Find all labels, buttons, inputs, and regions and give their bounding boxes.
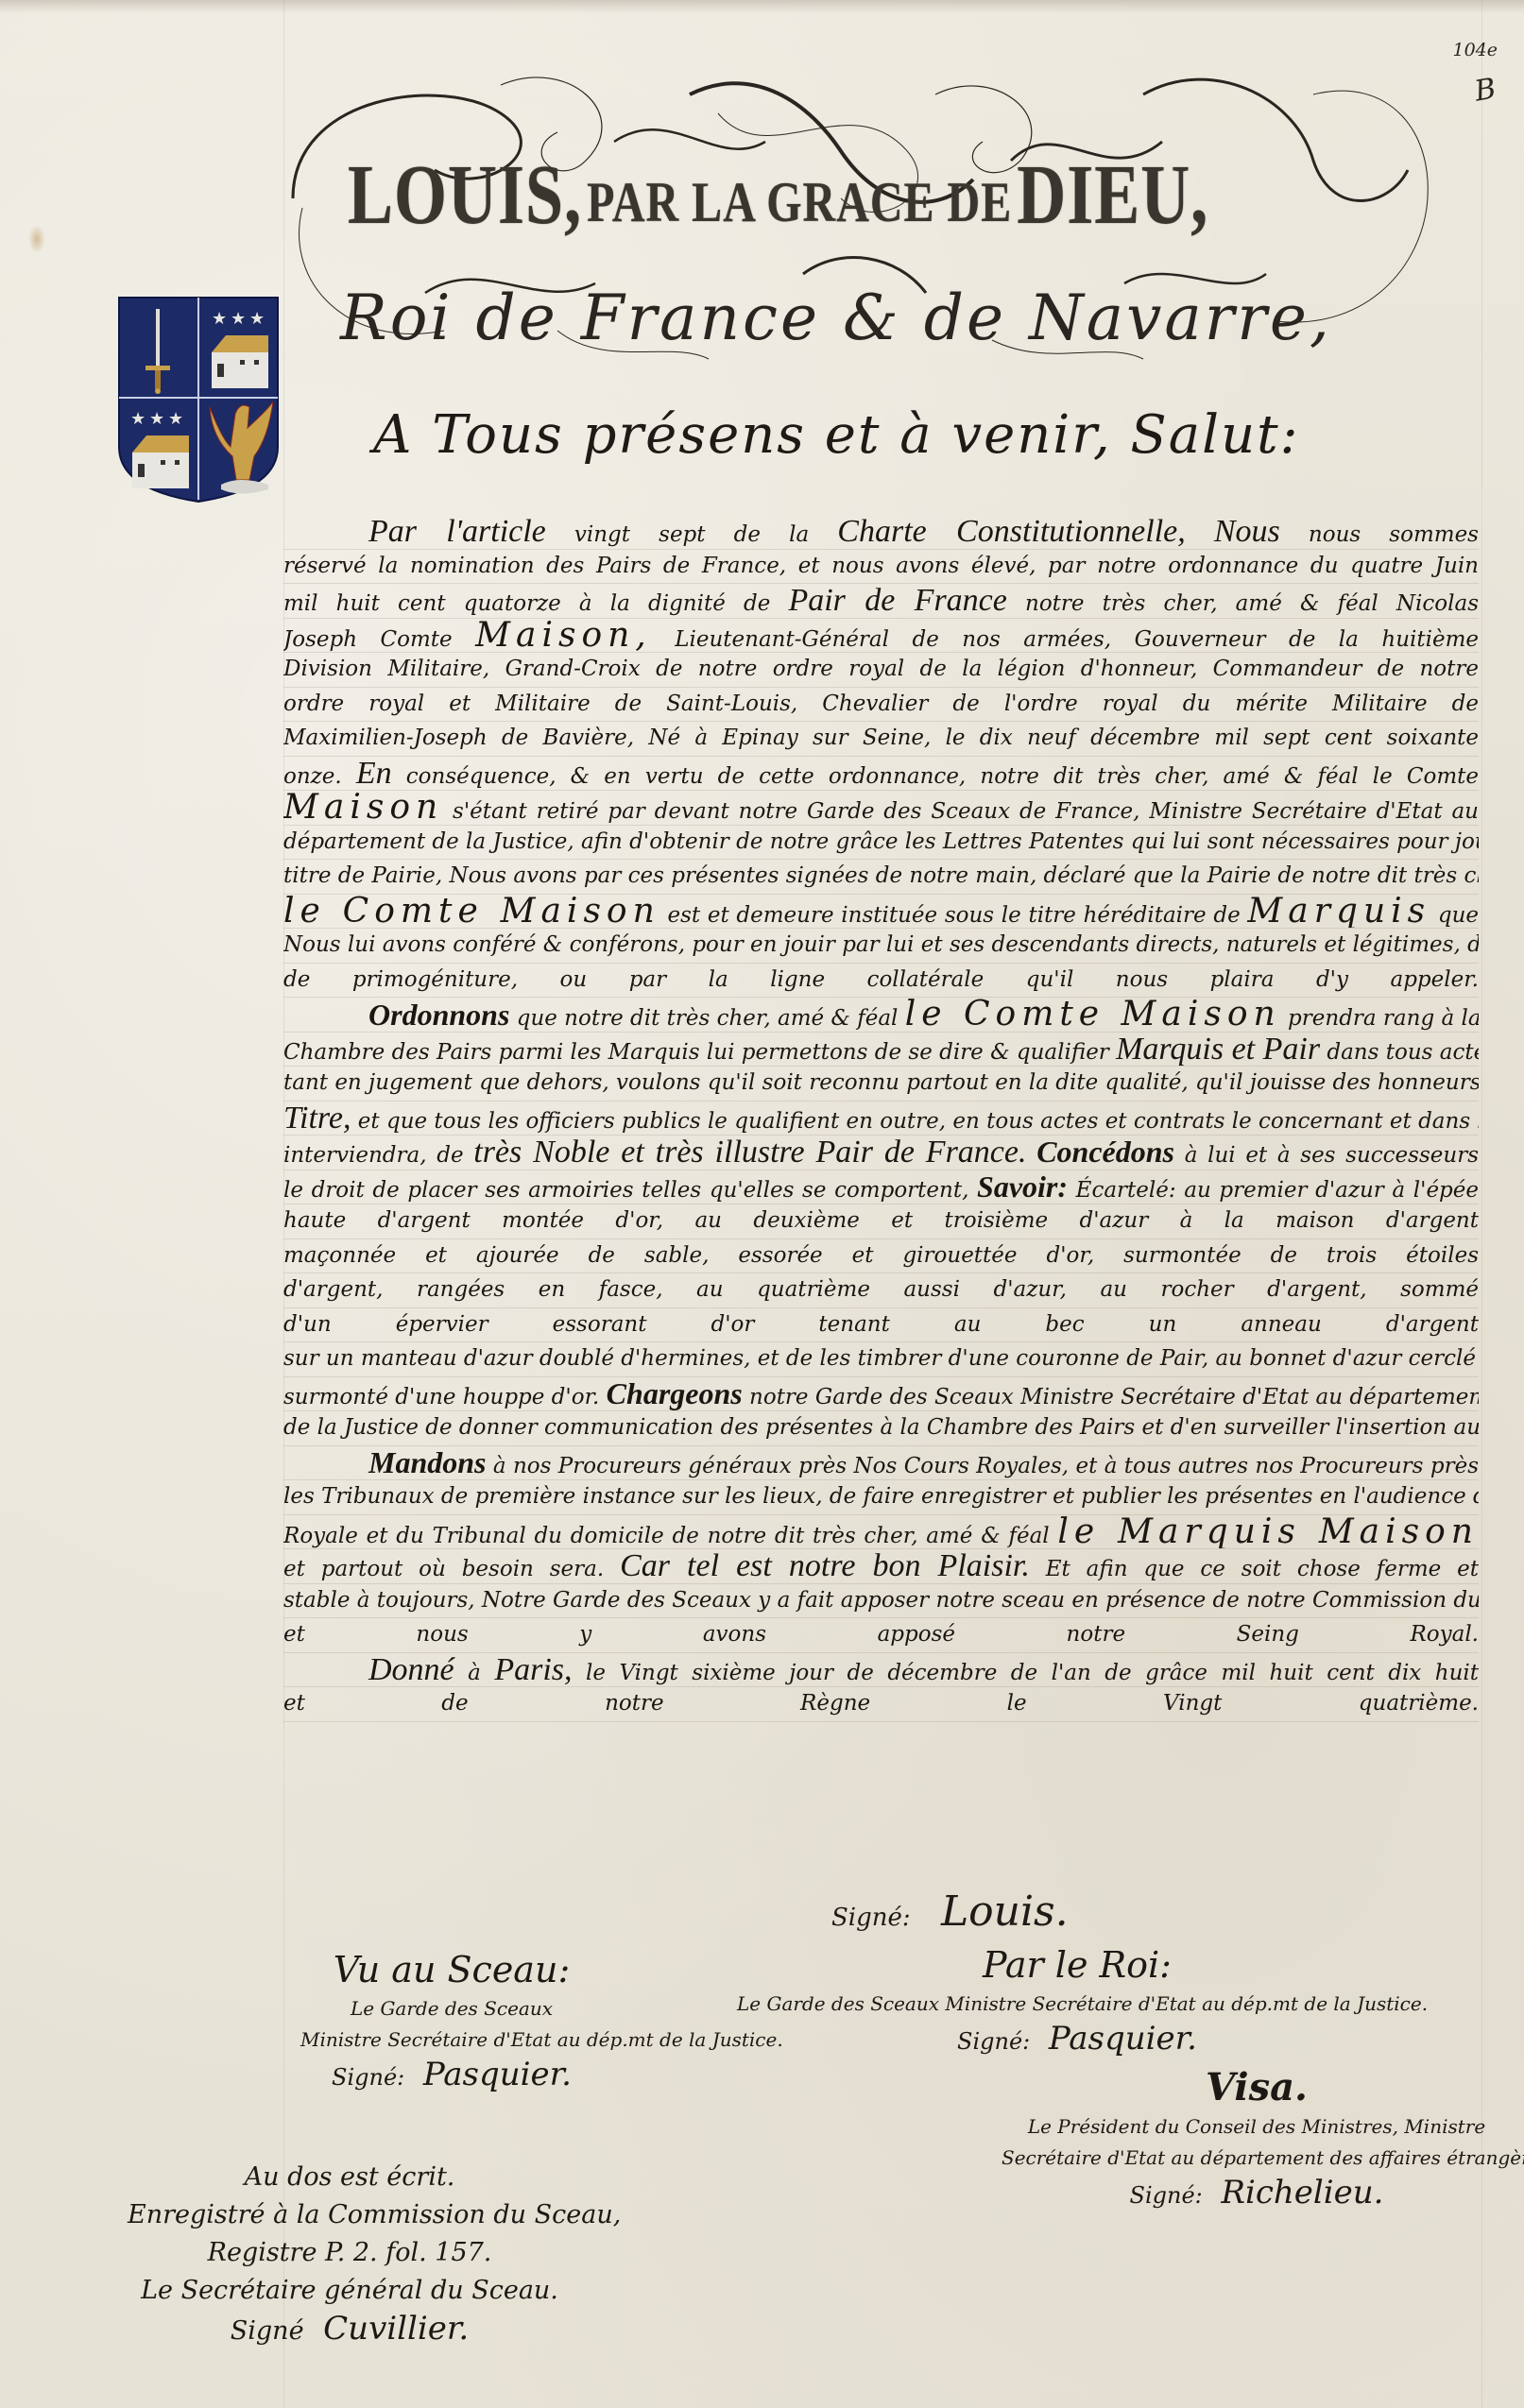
signed-label: Signé [231,2316,304,2346]
salutation: A Tous présens et à venir, Salut: [373,404,1413,466]
vu-au-sceau-signature: Signé: Pasquier. [300,2056,603,2096]
body-text-run: le droit de placer ses armoiries telles … [283,1178,977,1203]
body-text-run: haute d'argent montée d'or, au deuxième … [283,1208,1479,1233]
title-dieu: DIEU, [1017,146,1208,245]
visa-heading: Visa. [1002,2064,1512,2111]
emphasized-text: Ordonnons [368,998,509,1032]
svg-text:★: ★ [130,409,146,429]
document-page: 104e B LOUIS, PAR LA GRACE DE DIEU, Roi … [0,0,1524,2408]
body-text-run: onze. [283,764,356,789]
king-signature-block: Signé: Louis. [831,1887,1069,1936]
body-line: et de notre Règne le Vingt quatrième. [283,1687,1479,1722]
body-line: d'un épervier essorant d'or tenant au be… [283,1308,1479,1343]
body-text-run: d'argent, rangées en fasce, au quatrième… [283,1277,1479,1302]
royal-title: Roi de France & de Navarre, [340,282,1427,354]
body-text-run: ordre royal et Militaire de Saint-Louis,… [283,692,1479,716]
body-line: mil huit cent quatorze à la dignité de P… [283,584,1479,619]
body-text-run: de primogéniture, ou par la ligne collat… [283,967,1479,992]
emphasized-text: Nous [1214,515,1280,549]
body-text-run: et nous y avons apposé notre Seing Royal… [283,1622,1479,1647]
body-text-run: les Tribunaux de première instance sur l… [283,1484,1479,1509]
body-text-run: et que tous les officiers publics le qua… [351,1109,1480,1134]
body-line: Royale et du Tribunal du domicile de not… [283,1515,1479,1550]
body-text-run: Nous lui avons conféré & conférons, pour… [283,932,1479,957]
body-line: de la Justice de donner communication de… [283,1411,1479,1446]
visa-signature: Signé: Richelieu. [1002,2174,1512,2214]
emphasized-text: Car tel est notre bon Plaisir. [620,1549,1030,1583]
body-text-run: notre Garde des Sceaux Ministre Secrétai… [743,1385,1479,1409]
vu-au-sceau-block: Vu au Sceau: Le Garde des Sceaux Ministr… [300,1946,603,2096]
svg-text:★: ★ [231,309,246,329]
emphasized-text: Maison [283,791,443,826]
paper-stain [28,225,45,253]
body-text-run: conséquence, & en vertu de cette ordonna… [392,764,1479,789]
body-text-run: Royale et du Tribunal du domicile de not… [283,1524,1057,1548]
body-text-run [1186,522,1214,547]
body-text-run: Lieutenant-Général de nos armées, Gouver… [652,627,1479,652]
au-dos-line: Registre P. 2. fol. 157. [128,2234,572,2272]
body-text-run: Chambre des Pairs parmi les Marquis lui … [283,1040,1116,1065]
body-line: ordre royal et Militaire de Saint-Louis,… [283,688,1479,723]
body-text-run: Joseph Comte [283,627,475,652]
title-par-la-grace: PAR LA GRACE DE [587,170,1012,235]
emphasized-text: le Comte Maison [905,998,1281,1033]
vu-au-sceau-line: Ministre Secrétaire d'Etat au dép.mt de … [300,2024,603,2056]
body-line: tant en jugement que dehors, voulons qu'… [283,1067,1479,1102]
body-line: Titre, et que tous les officiers publics… [283,1102,1479,1136]
folio-mark: B [1472,72,1498,108]
body-text-run: que [1430,903,1479,928]
signed-label: Signé: [332,2064,404,2091]
par-le-roi-line: Le Garde des Sceaux Ministre Secrétaire … [737,1989,1417,2020]
body-text-run: s'étant retiré par devant notre Garde de… [443,799,1479,824]
emphasized-text: Charte Constitutionnelle, [837,515,1185,549]
svg-text:★: ★ [212,309,227,329]
vu-au-sceau-heading: Vu au Sceau: [300,1946,603,1993]
body-text-run: que notre dit très cher, amé & féal [509,1006,904,1031]
body-line: surmonté d'une houppe d'or. Chargeons no… [283,1377,1479,1412]
par-le-roi-signature: Signé: Pasquier. [737,2020,1417,2060]
body-line: le droit de placer ses armoiries telles … [283,1170,1479,1205]
body-line: réservé la nomination des Pairs de Franc… [283,550,1479,585]
body-line: le Comte Maison est et demeure instituée… [283,895,1479,930]
body-text-run: stable à toujours, Notre Garde des Sceau… [283,1588,1479,1613]
svg-text:★: ★ [168,409,183,429]
body-line: les Tribunaux de première instance sur l… [283,1480,1479,1515]
svg-text:★: ★ [249,309,265,329]
au-dos-line: Enregistré à la Commission du Sceau, [128,2196,572,2234]
emphasized-text: Titre, [283,1102,351,1136]
visa-line: Le Président du Conseil des Ministres, M… [1002,2111,1512,2143]
emphasized-text: En [356,757,392,791]
body-line: Mandons à nos Procureurs généraux près N… [283,1446,1479,1481]
body-text-run: surmonté d'une houppe d'or. [283,1385,607,1409]
body-text-run: nous sommes [1280,522,1479,547]
emphasized-text: Marquis [1247,895,1430,930]
body-text-run: à lui et à ses successeurs [1174,1143,1479,1168]
body-line: et nous y avons apposé notre Seing Royal… [283,1618,1479,1653]
body-text-run: Division Militaire, Grand-Croix de notre… [283,657,1479,681]
emphasized-text: Chargeons [607,1377,743,1410]
body-line: Maximilien-Joseph de Bavière, Né à Epina… [283,722,1479,757]
body-text-run: mil huit cent quatorze à la dignité de [283,591,788,616]
par-le-roi-heading: Par le Roi: [737,1941,1417,1989]
body-text-run [1027,1143,1037,1168]
body-text-run: est et demeure instituée sous le titre h… [660,903,1248,928]
body-line: Chambre des Pairs parmi les Marquis lui … [283,1033,1479,1067]
body-text-run: sur un manteau d'azur doublé d'hermines,… [283,1346,1479,1371]
body-line: d'argent, rangées en fasce, au quatrième… [283,1273,1479,1308]
body-text-run: titre de Pairie, Nous avons par ces prés… [283,863,1479,888]
emphasized-text: le Comte Maison [283,895,660,930]
signature-name: Cuvillier. [323,2310,469,2348]
emphasized-text: Paris, [494,1653,572,1687]
body-line: département de la Justice, afin d'obteni… [283,826,1479,861]
emphasized-text: le Marquis Maison [1057,1515,1479,1550]
emphasized-text: Concédons [1036,1136,1174,1169]
king-signature: Louis. [941,1887,1069,1936]
body-text-run: le Vingt sixième jour de décembre de l'a… [573,1661,1479,1685]
au-dos-heading: Au dos est écrit. [128,2159,572,2196]
emphasized-text: Mandons [368,1446,487,1479]
body-text-run: et de notre Règne le Vingt quatrième. [283,1691,1479,1716]
body-text-run: interviendra, de [283,1143,473,1168]
signature-name: Pasquier. [1049,2020,1197,2058]
signed-label: Signé: [831,1904,911,1932]
body-line: Maison s'étant retiré par devant notre G… [283,791,1479,826]
par-le-roi-block: Par le Roi: Le Garde des Sceaux Ministre… [737,1941,1417,2060]
emphasized-text: Maison, [475,619,652,654]
body-line: Nous lui avons conféré & conférons, pour… [283,929,1479,964]
body-text-run: de la Justice de donner communication de… [283,1415,1479,1440]
visa-block: Visa. Le Président du Conseil des Minist… [1002,2064,1512,2214]
body-text-run: notre très cher, amé & féal Nicolas [1007,591,1479,616]
body-line: Joseph Comte Maison, Lieutenant-Général … [283,619,1479,654]
body-text-run: tant en jugement que dehors, voulons qu'… [283,1070,1479,1095]
body-text-run: Écartelé: au premier d'azur à l'épée [1068,1178,1479,1203]
vu-au-sceau-line: Le Garde des Sceaux [300,1993,603,2024]
body-line: interviendra, de très Noble et très illu… [283,1136,1479,1170]
body-text-run: et partout où besoin sera. [283,1557,620,1581]
margin-rule-right [1481,0,1482,2408]
body-line: titre de Pairie, Nous avons par ces prés… [283,860,1479,895]
emphasized-text: Marquis et Pair [1116,1033,1320,1067]
emphasized-text: Pair de France [788,584,1006,618]
body-text-run: prendra rang à la [1281,1006,1479,1031]
body-text-run: maçonnée et ajourée de sable, essorée et… [283,1243,1479,1268]
body-line: et partout où besoin sera. Car tel est n… [283,1549,1479,1584]
body-line: Ordonnons que notre dit très cher, amé &… [283,998,1479,1033]
letters-patent-body: Par l'article vingt sept de la Charte Co… [283,515,1479,1722]
emphasized-text: Par l'article [368,515,546,549]
body-text-run: d'un épervier essorant d'or tenant au be… [283,1312,1479,1337]
body-line: stable à toujours, Notre Garde des Sceau… [283,1584,1479,1619]
page-title: LOUIS, PAR LA GRACE DE DIEU, [348,156,1406,234]
body-text-run: dans tous actes et contrats, [1320,1040,1479,1065]
body-line: haute d'argent montée d'or, au deuxième … [283,1204,1479,1239]
au-dos-line: Le Secrétaire général du Sceau. [128,2272,572,2310]
body-text-run: à [454,1661,495,1685]
signature-name: Richelieu. [1221,2174,1383,2212]
emphasized-text: Savoir: [977,1170,1068,1204]
body-text-run: Maximilien-Joseph de Bavière, Né à Epina… [283,726,1479,750]
body-line: de primogéniture, ou par la ligne collat… [283,964,1479,999]
folio-number: 104e [1452,40,1498,60]
signed-label: Signé: [1130,2182,1203,2209]
body-text-run: Et afin que ce soit chose ferme et [1030,1557,1479,1581]
visa-line: Secrétaire d'Etat au département des aff… [1002,2143,1512,2174]
body-line: maçonnée et ajourée de sable, essorée et… [283,1239,1479,1274]
body-line: Donné à Paris, le Vingt sixième jour de … [283,1653,1479,1688]
emphasized-text: Donné [368,1653,454,1687]
au-dos-block: Au dos est écrit. Enregistré à la Commis… [128,2159,572,2350]
body-text-run: vingt sept de la [546,522,838,547]
body-text-run: à nos Procureurs généraux près Nos Cours… [487,1454,1480,1478]
body-line: onze. En conséquence, & en vertu de cett… [283,757,1479,792]
signed-label: Signé: [957,2028,1030,2055]
body-line: sur un manteau d'azur doublé d'hermines,… [283,1342,1479,1377]
svg-text:★: ★ [149,409,164,429]
emphasized-text: très Noble et très illustre Pair de Fran… [473,1136,1026,1170]
body-line: Division Militaire, Grand-Croix de notre… [283,653,1479,688]
signature-name: Pasquier. [423,2056,572,2093]
title-louis: LOUIS, [348,146,582,245]
body-text-run: département de la Justice, afin d'obteni… [283,829,1479,854]
coat-of-arms-icon: ★ ★ ★ ★ ★ ★ [117,296,280,504]
body-line: Par l'article vingt sept de la Charte Co… [283,515,1479,550]
au-dos-signature: Signé Cuvillier. [128,2310,572,2350]
body-text-run: réservé la nomination des Pairs de Franc… [283,554,1479,578]
